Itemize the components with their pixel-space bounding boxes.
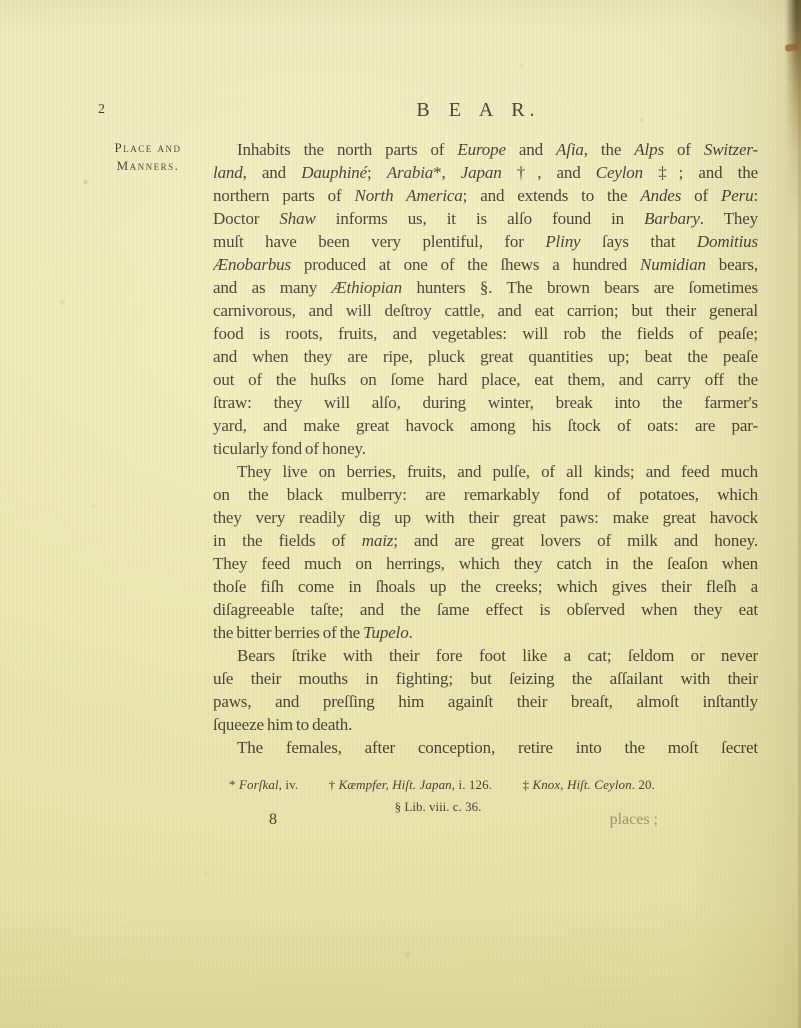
- running-title: B E A R.: [358, 99, 598, 122]
- margin-note: Place and Manners.: [92, 139, 204, 175]
- paper-stain: [60, 300, 64, 304]
- footnote-ref: ‡ Knox, Hiſt. Ceylon. 20.: [522, 777, 655, 793]
- margin-note-line: Manners.: [92, 157, 204, 175]
- text-line: land, and Dauphiné; Arabia*, Japan †, an…: [213, 161, 758, 184]
- paper-stain: [92, 505, 95, 508]
- signature-mark: 8: [269, 811, 277, 829]
- footnote-ref: * Forſkal, iv.: [229, 777, 298, 793]
- margin-note-line: Place and: [92, 139, 204, 157]
- text-line: in the fields of maiz; and are great lov…: [213, 529, 758, 552]
- text-line: on the black mulberry: are remarkably fo…: [213, 483, 758, 506]
- text-line: diſagreeable taſte; and the ſame effect …: [213, 598, 758, 621]
- text-line: Doctor Shaw informs us, it is alſo found…: [213, 207, 758, 230]
- text-line: thoſe fiſh come in ſhoals up the creeks;…: [213, 575, 758, 598]
- paper-stain: [205, 872, 208, 875]
- paper-stain: [520, 64, 523, 67]
- text-line: northern parts of North America; and ext…: [213, 184, 758, 207]
- page-number: 2: [98, 102, 106, 118]
- body-text: Inhabits the north parts of Europe and A…: [213, 138, 758, 759]
- text-line: and as many Æthiopian hunters §. The bro…: [213, 276, 758, 299]
- paper-stain: [405, 952, 410, 957]
- text-line: Ænobarbus produced at one of the ſhews a…: [213, 253, 758, 276]
- text-line: ſqueeze him to death.: [213, 713, 758, 736]
- text-line: They live on berries, fruits, and pulſe,…: [213, 460, 758, 483]
- text-line: muſt have been very plentiful, for Pliny…: [213, 230, 758, 253]
- text-line: and when they are ripe, pluck great quan…: [213, 345, 758, 368]
- text-line: The females, after conception, retire in…: [213, 736, 758, 759]
- text-line: Inhabits the north parts of Europe and A…: [213, 138, 758, 161]
- text-line: ticularly fond of honey.: [213, 437, 758, 460]
- text-line: the bitter berries of the Tupelo.: [213, 621, 758, 644]
- text-line: carnivorous, and will deſtroy cattle, an…: [213, 299, 758, 322]
- paper-stain: [640, 118, 644, 122]
- text-line: paws, and preſſing him againſt their bre…: [213, 690, 758, 713]
- text-line: Bears ſtrike with their fore foot like a…: [213, 644, 758, 667]
- book-page: 2 B E A R. Place and Manners. Inhabits t…: [0, 0, 801, 1028]
- text-line: yard, and make great havock among his ſt…: [213, 414, 758, 437]
- text-line: food is roots, fruits, and vegetables: w…: [213, 322, 758, 345]
- text-line: they very readily dig up with their grea…: [213, 506, 758, 529]
- footnote-row: * Forſkal, iv.† Kæmpfer, Hiſt. Japan, i.…: [229, 777, 655, 793]
- text-line: ſtraw: they will alſo, during winter, br…: [213, 391, 758, 414]
- paper-stain: [84, 180, 87, 184]
- text-line: uſe their mouths in fighting; but ſeizin…: [213, 667, 758, 690]
- text-line: They feed much on herrings, which they c…: [213, 552, 758, 575]
- footnote-ref: † Kæmpfer, Hiſt. Japan, i. 126.: [329, 777, 492, 793]
- catchword: places ;: [558, 811, 658, 829]
- text-line: out of the huſks on ſome hard place, eat…: [213, 368, 758, 391]
